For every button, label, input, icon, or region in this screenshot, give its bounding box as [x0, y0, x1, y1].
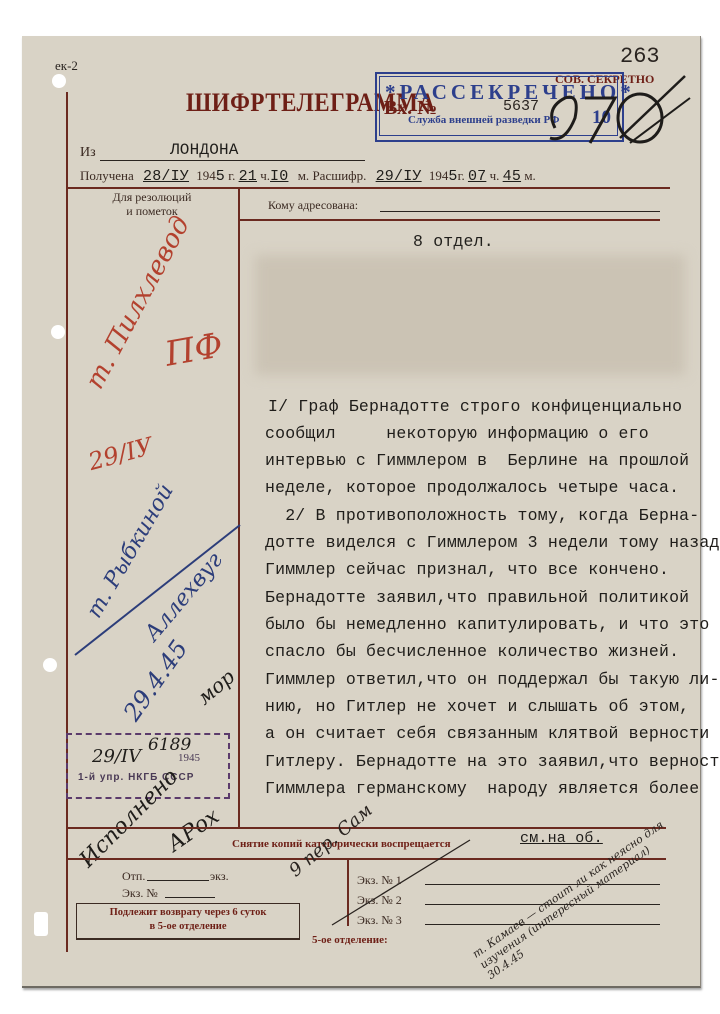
margin-title: Для резолюций и пометок — [92, 190, 212, 218]
registry-year: 1945 — [178, 752, 200, 764]
addressee-rule — [240, 219, 660, 221]
body-line: Гиммлер ответил,что он поддержал бы таку… — [265, 670, 720, 689]
body-line: нию, но Гитлер не хочет и слышать об это… — [265, 697, 689, 716]
dept5-label: 5-ое отделение: — [312, 934, 388, 946]
body-line: неделе, которое продолжалось четыре часа… — [265, 478, 679, 497]
page-number: 263 — [620, 44, 660, 69]
received-year-prefix: 194 — [196, 168, 216, 183]
footer-rule-top — [66, 827, 666, 829]
body-line: 2/ В противоположность тому, когда Берна… — [265, 506, 699, 525]
sent-underline — [147, 880, 209, 881]
from-underline — [100, 160, 365, 161]
year-label: г. — [228, 168, 235, 183]
body-line: Гитлеру. Бернадотте на это заявил,что ве… — [265, 752, 720, 771]
addressee-underline — [380, 211, 660, 212]
return-notice-line1: Подлежит возврату через 6 суток — [76, 906, 300, 920]
see-reverse: см.на об. — [520, 830, 603, 847]
decrypted-year-prefix: 194 — [429, 168, 449, 183]
decrypted-year-suffix: 5 — [448, 168, 457, 185]
copy-no-underline — [165, 897, 215, 898]
decrypted-label: Расшифр. — [312, 168, 366, 183]
body-line: было бы немедленно капитулировать, и что… — [265, 615, 709, 634]
from-label: Из — [80, 145, 96, 161]
addressee-label: Кому адресована: — [268, 198, 358, 213]
body-line: спасло бы бесчисленное количество жизней… — [265, 642, 679, 661]
from-value: ЛОНДОНА — [170, 141, 239, 159]
body-line: а он считает себя связанным клятвой верн… — [265, 724, 709, 743]
body-line: Гиммлер сейчас признал, что все кончено. — [265, 560, 669, 579]
footer-diagonal-stroke — [330, 830, 480, 930]
redacted-block — [255, 255, 685, 375]
sent-label: Отп. — [122, 869, 145, 884]
received-min: I0 — [270, 168, 288, 185]
department: 8 отдел. — [413, 232, 494, 251]
decrypted-hour: 07 — [468, 168, 486, 185]
received-label: Получена — [80, 168, 134, 183]
copy-no-label: Экз. № — [122, 886, 158, 901]
body-line: дотте виделся с Гиммлером 3 недели тому … — [265, 533, 720, 552]
decrypted-min: 45 — [503, 168, 521, 185]
return-notice: Подлежит возврату через 6 суток в 5-ое о… — [76, 906, 300, 934]
hour-label: ч. — [260, 168, 270, 183]
punch-hole — [43, 658, 57, 672]
punch-hole — [34, 912, 48, 936]
left-margin-rule — [66, 92, 68, 952]
body-line: сообщил некоторую информацию о его — [265, 424, 649, 443]
margin-title-line2: и пометок — [92, 204, 212, 218]
sent-suffix: экз. — [210, 869, 229, 884]
margin-title-line1: Для резолюций — [92, 190, 212, 204]
body-line: интервью с Гиммлером в Берлине на прошло… — [265, 451, 689, 470]
body-line: Бернадотте заявил,что правильной политик… — [265, 588, 689, 607]
body-line: I/ Граф Бернадотте строго конфиценциальн… — [268, 397, 682, 416]
return-notice-line2: в 5-ое отделение — [76, 920, 300, 934]
body-line: Гиммлера германскому народу является бол… — [265, 779, 699, 798]
decrypted-date: 29/IУ — [376, 168, 422, 185]
punch-hole — [52, 74, 66, 88]
decrypted-min-label: м. — [524, 168, 535, 183]
handwritten-number-scribble — [535, 68, 695, 148]
decrypted-hour-label: ч. — [490, 168, 500, 183]
received-year-suffix: 5 — [216, 168, 225, 185]
received-line: Получена 28/IУ 1945 г. 21 ч.I0 м. Расшиф… — [80, 168, 536, 185]
received-date: 28/IУ — [143, 168, 189, 185]
margin-column-rule — [238, 189, 240, 829]
punch-hole — [51, 325, 65, 339]
decrypted-year-label: г. — [458, 168, 465, 183]
received-hour: 21 — [239, 168, 257, 185]
registry-date: 29/IV — [92, 746, 141, 767]
min-label: м. — [298, 168, 309, 183]
corner-code: ек-2 — [55, 58, 78, 74]
header-rule — [66, 187, 670, 189]
